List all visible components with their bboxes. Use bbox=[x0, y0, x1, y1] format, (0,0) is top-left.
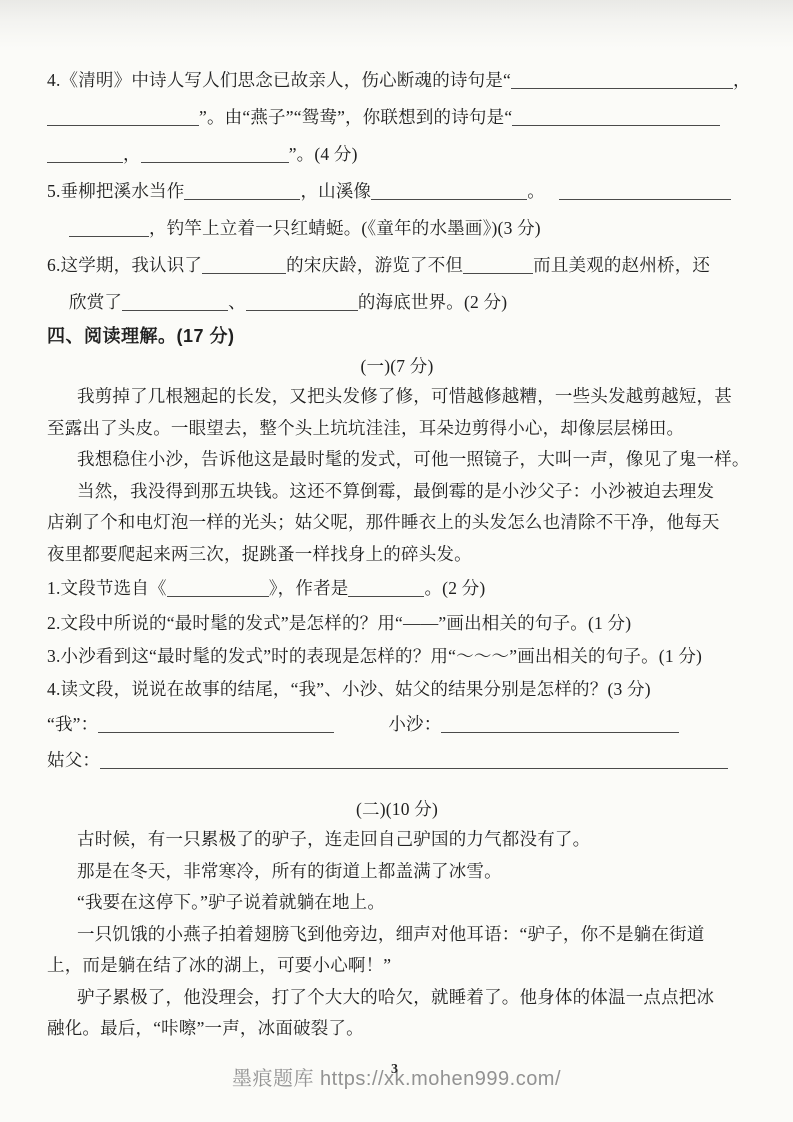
text-run: 。(2 分) bbox=[424, 578, 485, 598]
passage1-line-1: 我剪掉了几根翘起的长发，又把头发修了修，可惜越修越糟，一些头发越剪越短，甚 bbox=[47, 381, 747, 413]
text-run: 四、阅读理解。(17 分) bbox=[47, 326, 235, 346]
part-1-heading: (一)(7 分) bbox=[47, 352, 747, 381]
passage2-line-2: 那是在冬天，非常寒冷，所有的街道上都盖满了冰雪。 bbox=[47, 856, 747, 888]
footer-watermark: 墨痕题库 https://xk.mohen999.com/ 3 bbox=[0, 1062, 793, 1091]
text-run: ”。(4 分) bbox=[289, 144, 358, 164]
passage2-line-3: “我要在这停下。”驴子说着就躺在地上。 bbox=[47, 887, 747, 919]
q4-line-3: ，”。(4 分) bbox=[47, 136, 747, 173]
text-run: 1.文段节选自《 bbox=[47, 578, 167, 598]
text-run: 小沙： bbox=[388, 714, 441, 734]
text-run: ”。由“燕子”“鸳鸯”，你联想到的诗句是“ bbox=[199, 107, 512, 127]
reading1-q1: 1.文段节选自《》，作者是。(2 分) bbox=[47, 570, 747, 607]
text-run: 5.垂柳把溪水当作 bbox=[47, 181, 184, 201]
text-run: 夜里都要爬起来两三次，捉跳蚤一样找身上的碎头发。 bbox=[47, 544, 472, 564]
q4-line-2: ”。由“燕子”“鸳鸯”，你联想到的诗句是“ bbox=[47, 99, 747, 136]
text-run: 、 bbox=[228, 292, 246, 312]
fill-in-blank bbox=[348, 579, 424, 597]
fill-in-blank bbox=[511, 71, 733, 89]
text-run: 4.读文段，说说在故事的结尾，“我”、小沙、姑父的结果分别是怎样的？(3 分) bbox=[47, 679, 651, 699]
text-run: (一)(7 分) bbox=[360, 356, 433, 376]
fill-in-blank bbox=[100, 751, 728, 769]
passage2-line-7: 融化。最后，“咔嚓”一声，冰面破裂了。 bbox=[47, 1013, 747, 1045]
fill-in-blank bbox=[512, 108, 720, 126]
text-run: 融化。最后，“咔嚓”一声，冰面破裂了。 bbox=[47, 1018, 364, 1038]
text-run: ， bbox=[733, 70, 751, 90]
exam-content: 4.《清明》中诗人写人们思念已故亲人，伤心断魂的诗句是“，”。由“燕子”“鸳鸯”… bbox=[47, 62, 747, 1045]
passage2-line-5: 上，而是躺在结了冰的湖上，可要小心啊！” bbox=[47, 950, 747, 982]
fill-in-blank bbox=[371, 182, 527, 200]
text-run: 的宋庆龄，游览了不但 bbox=[286, 255, 463, 275]
text-run: 至露出了头皮。一眼望去，整个头上坑坑洼洼，耳朵边剪得小心，却像层层梯田。 bbox=[47, 418, 684, 438]
passage1-line-3: 我想稳住小沙，告诉他这是最时髦的发式，可他一照镜子，大叫一声，像见了鬼一样。 bbox=[47, 444, 747, 476]
fill-in-blank bbox=[463, 256, 533, 274]
text-run: ，山溪像 bbox=[300, 181, 371, 201]
passage1-line-6: 夜里都要爬起来两三次，捉跳蚤一样找身上的碎头发。 bbox=[47, 539, 747, 571]
text-run: 那是在冬天，非常寒冷，所有的街道上都盖满了冰雪。 bbox=[77, 861, 502, 881]
fill-in-blank bbox=[98, 715, 334, 733]
passage2-line-6: 驴子累极了，他没理会，打了个大大的哈欠，就睡着了。他身体的体温一点点把冰 bbox=[47, 982, 747, 1014]
text-run: 上，而是躺在结了冰的湖上，可要小心啊！” bbox=[47, 955, 391, 975]
passage2-line-1: 古时候，有一只累极了的驴子，连走回自己驴国的力气都没有了。 bbox=[47, 824, 747, 856]
exam-page: 4.《清明》中诗人写人们思念已故亲人，伤心断魂的诗句是“，”。由“燕子”“鸳鸯”… bbox=[0, 0, 793, 1122]
text-run: “我要在这停下。”驴子说着就躺在地上。 bbox=[77, 892, 385, 912]
text-run: 6.这学期，我认识了 bbox=[47, 255, 202, 275]
text-run: 姑父： bbox=[47, 750, 100, 770]
fill-in-blank bbox=[246, 293, 358, 311]
reading1-q4-answer-1: “我”：小沙： bbox=[47, 706, 747, 742]
reading1-q4: 4.读文段，说说在故事的结尾，“我”、小沙、姑父的结果分别是怎样的？(3 分) bbox=[47, 673, 747, 706]
text-run: “我”： bbox=[47, 714, 98, 734]
text-run: 的海底世界。(2 分) bbox=[358, 292, 507, 312]
q5-line-2: ，钓竿上立着一只红蜻蜓。(《童年的水墨画》)(3 分) bbox=[47, 210, 747, 247]
text-run: (二)(10 分) bbox=[356, 799, 438, 819]
q6-line-1: 6.这学期，我认识了的宋庆龄，游览了不但而且美观的赵州桥，还 bbox=[47, 247, 747, 284]
text-run: 一只饥饿的小燕子拍着翅膀飞到他旁边，细声对他耳语：“驴子，你不是躺在街道 bbox=[77, 924, 704, 944]
reading1-q2: 2.文段中所说的“最时髦的发式”是怎样的？用“——”画出相关的句子。(1 分) bbox=[47, 607, 747, 640]
text-run: 当然，我没得到那五块钱。这还不算倒霉，最倒霉的是小沙父子：小沙被迫去理发 bbox=[77, 481, 714, 501]
q5-line-1: 5.垂柳把溪水当作，山溪像。 bbox=[47, 173, 747, 210]
fill-in-blank bbox=[69, 219, 149, 237]
fill-in-blank bbox=[47, 145, 123, 163]
text-run: 而且美观的赵州桥，还 bbox=[533, 255, 710, 275]
text-run: 欣赏了 bbox=[69, 292, 122, 312]
fill-in-blank bbox=[184, 182, 300, 200]
text-run: ，钓竿上立着一只红蜻蜓。(《童年的水墨画》)(3 分) bbox=[149, 218, 541, 238]
fill-in-blank bbox=[167, 579, 269, 597]
fill-in-blank bbox=[122, 293, 228, 311]
passage2-line-4: 一只饥饿的小燕子拍着翅膀飞到他旁边，细声对他耳语：“驴子，你不是躺在街道 bbox=[47, 919, 747, 951]
fill-in-blank bbox=[441, 715, 679, 733]
text-run: 2.文段中所说的“最时髦的发式”是怎样的？用“——”画出相关的句子。(1 分) bbox=[47, 613, 631, 633]
text-run: 4.《清明》中诗人写人们思念已故亲人，伤心断魂的诗句是“ bbox=[47, 70, 511, 90]
fill-in-blank bbox=[202, 256, 286, 274]
passage1-line-5: 店剃了个和电灯泡一样的光头；姑父呢，那件睡衣上的头发怎么也清除不干净，他每天 bbox=[47, 507, 747, 539]
text-run: 店剃了个和电灯泡一样的光头；姑父呢，那件睡衣上的头发怎么也清除不干净，他每天 bbox=[47, 512, 720, 532]
text-run: 驴子累极了，他没理会，打了个大大的哈欠，就睡着了。他身体的体温一点点把冰 bbox=[77, 987, 714, 1007]
text-run: 我剪掉了几根翘起的长发，又把头发修了修，可惜越修越糟，一些头发越剪越短，甚 bbox=[77, 386, 732, 406]
q6-line-2: 欣赏了、的海底世界。(2 分) bbox=[47, 284, 747, 321]
text-run: ， bbox=[123, 144, 141, 164]
text-run: 。 bbox=[527, 181, 545, 201]
reading1-q3: 3.小沙看到这“最时髦的发式”时的表现是怎样的？用“～～～”画出相关的句子。(1… bbox=[47, 640, 747, 673]
text-run: 》，作者是 bbox=[269, 578, 349, 598]
passage1-line-4: 当然，我没得到那五块钱。这还不算倒霉，最倒霉的是小沙父子：小沙被迫去理发 bbox=[47, 476, 747, 508]
passage1-line-2: 至露出了头皮。一眼望去，整个头上坑坑洼洼，耳朵边剪得小心，却像层层梯田。 bbox=[47, 413, 747, 445]
fill-in-blank bbox=[47, 108, 199, 126]
page-number: 3 bbox=[391, 1062, 399, 1078]
part-2-heading: (二)(10 分) bbox=[47, 794, 747, 824]
fill-in-blank bbox=[559, 182, 731, 200]
section-4-heading: 四、阅读理解。(17 分) bbox=[47, 321, 747, 352]
spacer-gap bbox=[545, 196, 559, 197]
q4-line-1: 4.《清明》中诗人写人们思念已故亲人，伤心断魂的诗句是“， bbox=[47, 62, 747, 99]
text-run: 我想稳住小沙，告诉他这是最时髦的发式，可他一照镜子，大叫一声，像见了鬼一样。 bbox=[77, 449, 750, 469]
reading1-q4-answer-2: 姑父： bbox=[47, 742, 747, 778]
text-run: 古时候，有一只累极了的驴子，连走回自己驴国的力气都没有了。 bbox=[77, 829, 590, 849]
text-run: 3.小沙看到这“最时髦的发式”时的表现是怎样的？用“～～～”画出相关的句子。(1… bbox=[47, 646, 702, 666]
spacer-gap bbox=[334, 729, 388, 730]
fill-in-blank bbox=[141, 145, 289, 163]
